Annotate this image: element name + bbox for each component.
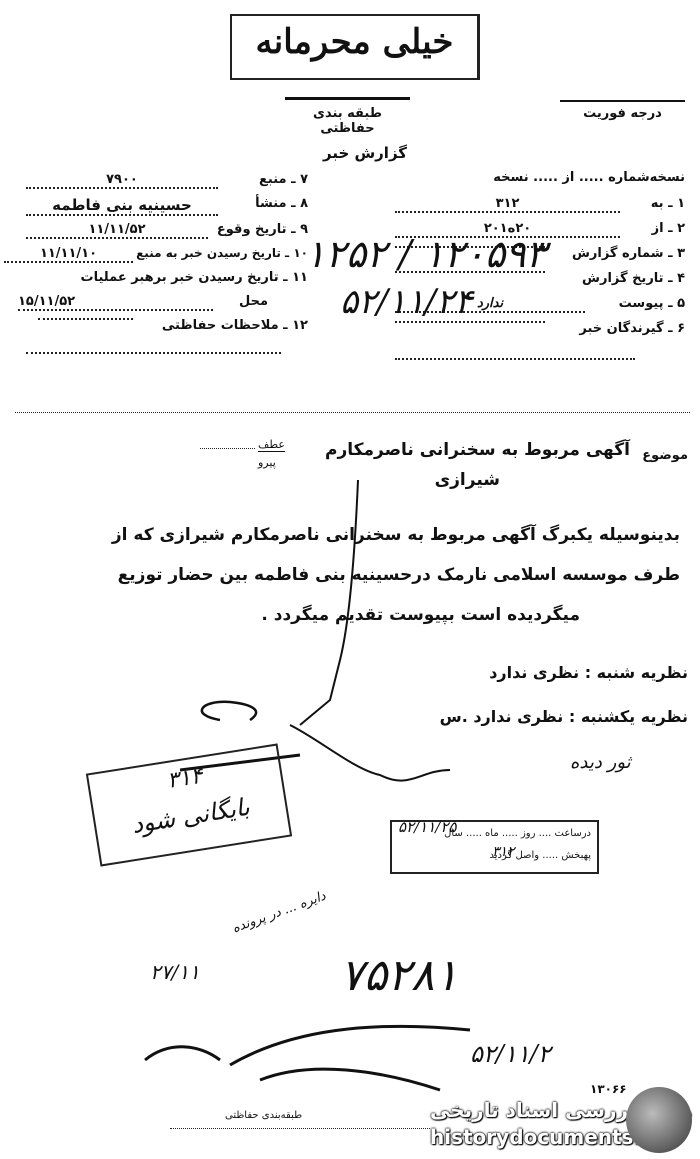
bottom-date-right: ۵۲/۱۱/۲ xyxy=(470,1040,551,1068)
field-value-occurrence-date: ۱۱/۱۱/۵۲ xyxy=(26,222,208,239)
field-row: محل ۱۵/۱۱/۵۲ xyxy=(8,294,308,318)
page-number: ۱۳۰۶۶ xyxy=(590,1082,627,1096)
bottom-file-number: ۷۵۲۸۱ xyxy=(340,950,458,1001)
field-label-from: ۲ ـ از xyxy=(652,221,685,236)
receipt-dept: ۳۱۲ xyxy=(492,844,515,860)
classification-box: خیلی محرمانه xyxy=(230,14,480,80)
priority-label: درجه فوریت xyxy=(560,106,685,121)
field-label-location: محل xyxy=(239,294,268,309)
classification-caption: طبقه بندی حفاظتی xyxy=(285,106,410,136)
field-row: ۱۲ ـ ملاحظات حفاظتی xyxy=(8,318,308,342)
subject-ref-top: عطف xyxy=(258,438,285,452)
field-row: ۷ ـ منبع ۷۹۰۰ xyxy=(8,172,308,196)
field-label-attachment: ۵ ـ پیوست xyxy=(619,296,685,311)
footer-line xyxy=(170,1128,430,1129)
field-label-operations-received-date: ۱۱ ـ تاریخ رسیدن خبر برهبر عملیات xyxy=(81,270,308,285)
field-label-source-received-date: ۱۰ ـ تاریخ رسیدن خبر به منبع xyxy=(136,246,308,260)
field-label-to: ۱ ـ به xyxy=(651,196,685,211)
blank-line xyxy=(395,346,635,360)
field-row: ۱۱ ـ تاریخ رسیدن خبر برهبر عملیات xyxy=(8,270,308,294)
archive-stamp: ۳۱۴ بایگانی شود xyxy=(86,743,292,866)
field-label-report-number: ۳ ـ شماره گزارش xyxy=(572,246,685,261)
copy-number-line: نسخه‌شماره ..... از ..... نسخه xyxy=(395,170,685,185)
field-row: ۱۰ ـ تاریخ رسیدن خبر به منبع ۱۱/۱۱/۱۰ xyxy=(8,246,308,270)
left-fields: ۷ ـ منبع ۷۹۰۰ ۸ ـ منشأ حسینیه بنی فاطمه … xyxy=(8,172,308,354)
bottom-note-left: دایره ... در پرونده xyxy=(230,889,327,937)
archive-logo-icon xyxy=(626,1087,692,1153)
field-label-security-notes: ۱۲ ـ ملاحظات حفاظتی xyxy=(162,318,308,333)
field-label-recipients: ۶ ـ گیرندگان خبر xyxy=(579,321,685,336)
field-label-origin: ۸ ـ منشأ xyxy=(255,196,308,211)
field-value-security-notes xyxy=(38,318,133,320)
field-value-origin: حسینیه بنی فاطمه xyxy=(26,196,218,216)
handwritten-report-date: ۵۲/۱۱/۲۴ xyxy=(340,282,472,322)
report-title: گزارش خبر xyxy=(300,144,430,162)
opinion-saturday: نظریه شنبه : نظری ندارد xyxy=(489,663,688,682)
field-value-location: ۱۵/۱۱/۵۲ xyxy=(18,294,213,311)
opinion-sunday: نظریه یکشنبه : نظری ندارد .س xyxy=(440,707,688,726)
field-row: ۶ ـ گیرندگان خبر xyxy=(395,321,685,346)
bottom-date: ۲۷/۱۱ xyxy=(150,960,200,984)
classification-stamp: خیلی محرمانه xyxy=(232,22,477,62)
signature-scribble xyxy=(140,1020,480,1110)
signature-right: ثور دیده xyxy=(570,752,631,773)
subject-label: موضوع xyxy=(642,448,688,463)
watermark-url: historydocuments.ir xyxy=(430,1125,658,1149)
field-label-occurrence-date: ۹ ـ تاریخ وقوع xyxy=(217,222,308,237)
field-value-source-received-date: ۱۱/۱۱/۱۰ xyxy=(4,246,133,263)
field-label-report-date: ۴ ـ تاریخ گزارش xyxy=(582,271,685,286)
subject-ref-bottom: پیرو xyxy=(258,456,276,469)
field-label-source: ۷ ـ منبع xyxy=(259,172,308,187)
field-row: ۱ ـ به ۳۱۲ xyxy=(395,196,685,221)
field-value-source: ۷۹۰۰ xyxy=(26,172,218,189)
field-row: ۸ ـ منشأ حسینیه بنی فاطمه xyxy=(8,196,308,222)
handwritten-report-number: ۱۲۵۲ / ۱۲۰۵۹۳ xyxy=(305,232,546,276)
subject-line1: آگهی مربوط به سخنرانی ناصرمکارم xyxy=(325,440,630,460)
ref-line xyxy=(200,448,255,449)
divider xyxy=(560,100,685,102)
right-fields: ۱ ـ به ۳۱۲ ۲ ـ از ۲۰ه۲۰۱ ۳ ـ شماره گزارش… xyxy=(395,196,685,360)
field-value-to: ۳۱۲ xyxy=(395,196,620,213)
section-divider xyxy=(15,412,690,413)
blank-line xyxy=(26,342,281,354)
footer-caption: طبقه‌بندی حفاظتی xyxy=(225,1110,302,1121)
receipt-stamp: ۵۲/۱۱/۲۵ درساعت .... روز ..... ماه .....… xyxy=(390,820,599,874)
field-row: ۹ ـ تاریخ وقوع ۱۱/۱۱/۵۲ xyxy=(8,222,308,246)
divider xyxy=(285,97,410,100)
receipt-line1: درساعت .... روز ..... ماه ..... سال xyxy=(444,828,591,839)
